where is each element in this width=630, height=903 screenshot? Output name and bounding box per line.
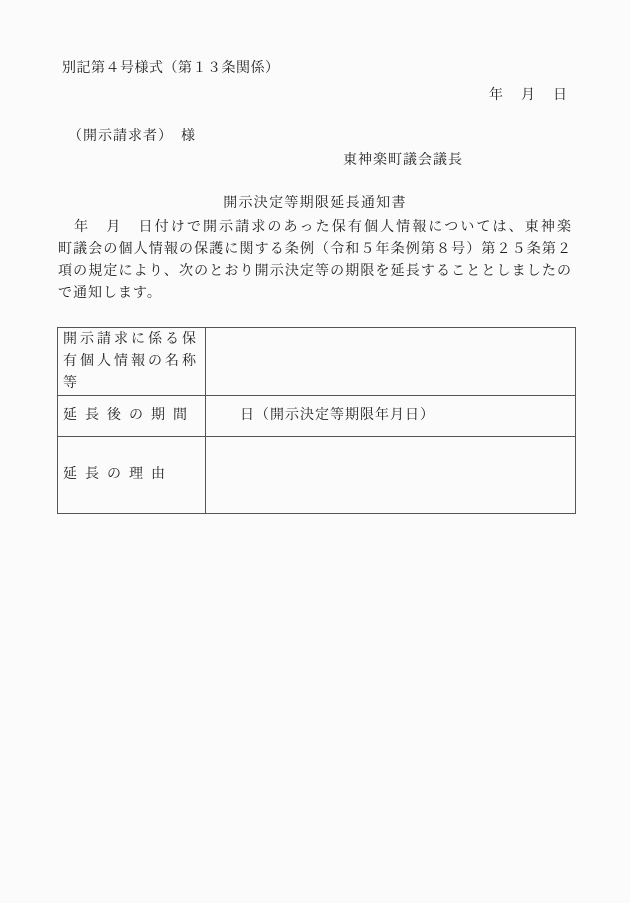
label-line: 等 (63, 373, 205, 395)
label-line: 延長の理由 (63, 464, 205, 486)
table-row-personal-info-name: 開示請求に係る保 有個人情報の名称 等 (58, 328, 576, 396)
value-cell-extended-period: 日（開示決定等期限年月日） (206, 396, 576, 437)
form-number: 別記第４号様式（第１３条関係） (62, 61, 280, 77)
label-cell-extended-period: 延長後の期間 (58, 396, 206, 437)
label-cell-personal-info-name: 開示請求に係る保 有個人情報の名称 等 (58, 328, 206, 396)
label-line: 延長後の期間 (63, 405, 205, 427)
body-line-4: で通知します。 (58, 283, 572, 305)
sender-line: 東神楽町議会議長 (343, 153, 463, 169)
label-cell-extension-reason: 延長の理由 (58, 437, 206, 514)
body-paragraph: 年 月 日付けで開示請求のあった保有個人情報については、東神楽 町議会の個人情報… (58, 217, 572, 305)
body-line-1: 年 月 日付けで開示請求のあった保有個人情報については、東神楽 (58, 217, 572, 239)
body-line-2: 町議会の個人情報の保護に関する条例（令和５年条例第８号）第２５条第２ (58, 239, 572, 261)
addressee-line: （開示請求者） 様 (68, 129, 196, 145)
label-line: 開示請求に係る保 (63, 329, 205, 351)
body-line-3: 項の規定により、次のとおり開示決定等の期限を延長することとしましたの (58, 261, 572, 283)
table-row-extended-period: 延長後の期間 日（開示決定等期限年月日） (58, 396, 576, 437)
document-page: 別記第４号様式（第１３条関係） 年 月 日 （開示請求者） 様 東神楽町議会議長… (0, 0, 630, 903)
document-title: 開示決定等期限延長通知書 (0, 196, 630, 212)
value-cell-personal-info-name (206, 328, 576, 396)
value-cell-extension-reason (206, 437, 576, 514)
label-line: 有個人情報の名称 (63, 351, 205, 373)
table-row-extension-reason: 延長の理由 (58, 437, 576, 514)
notice-table: 開示請求に係る保 有個人情報の名称 等 延長後の期間 日（開示決定等期限年月日）… (57, 327, 576, 514)
date-placeholder: 年 月 日 (489, 88, 569, 104)
